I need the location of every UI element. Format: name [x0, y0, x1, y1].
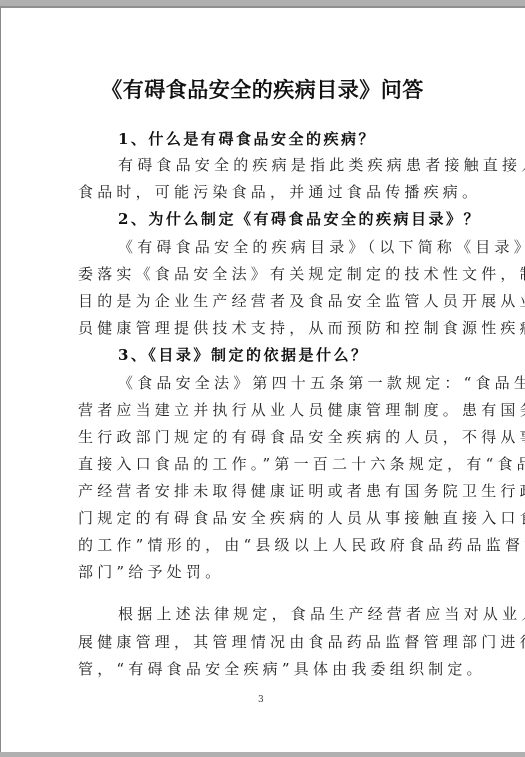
- viewer-bottom-bar: [0, 752, 525, 757]
- paragraph-line: 直接入口食品的工作。”第一百二十六条规定，有“食品生: [78, 454, 450, 474]
- paragraph-line: 部门”给予处罚。: [78, 562, 450, 582]
- paragraph-line: 食品时，可能污染食品，并通过食品传播疾病。: [78, 182, 450, 202]
- section-2-heading: 2、为什么制定《有碍食品安全的疾病目录》？: [118, 209, 490, 229]
- paragraph-line: 根据上述法律规定，食品生产经营者应当对从业人员开: [118, 604, 490, 624]
- paragraph-line: 员健康管理提供技术支持，从而预防和控制食源性疾病。: [78, 318, 450, 338]
- paragraph-line: 的工作”情形的，由“县级以上人民政府食品药品监督管理: [78, 535, 450, 555]
- paragraph-line: 委落实《食品安全法》有关规定制定的技术性文件，制定的: [78, 264, 450, 284]
- paragraph-line: 有碍食品安全的疾病是指此类疾病患者接触直接入口: [118, 155, 490, 175]
- page-number: 3: [258, 695, 264, 705]
- paragraph-line: 《食品安全法》第四十五条第一款规定：“食品生产经: [118, 373, 490, 393]
- paragraph-line: 展健康管理，其管理情况由食品药品监督管理部门进行监: [78, 632, 450, 652]
- page-title: 《有碍食品安全的疾病目录》问答: [0, 74, 525, 104]
- paragraph-line: 目的是为企业生产经营者及食品安全监管人员开展从业人: [78, 291, 450, 311]
- paragraph-line: 生行政部门规定的有碍食品安全疾病的人员，不得从事接触: [78, 427, 450, 447]
- paragraph-line: 管，“有碍食品安全疾病”具体由我委组织制定。: [78, 659, 450, 679]
- document-page: 《有碍食品安全的疾病目录》问答 1、什么是有碍食品安全的疾病？ 有碍食品安全的疾…: [0, 8, 525, 752]
- paragraph-line: 营者应当建立并执行从业人员健康管理制度。患有国务院卫: [78, 400, 450, 420]
- paragraph-line: 门规定的有碍食品安全疾病的人员从事接触直接入口食品: [78, 508, 450, 528]
- section-1-heading: 1、什么是有碍食品安全的疾病？: [118, 129, 490, 149]
- paragraph-line: 产经营者安排未取得健康证明或者患有国务院卫生行政部: [78, 481, 450, 501]
- paragraph-line: 《有碍食品安全的疾病目录》（以下简称《目录》）是我: [118, 237, 490, 257]
- section-3-heading: 3、《目录》制定的依据是什么？: [118, 345, 490, 365]
